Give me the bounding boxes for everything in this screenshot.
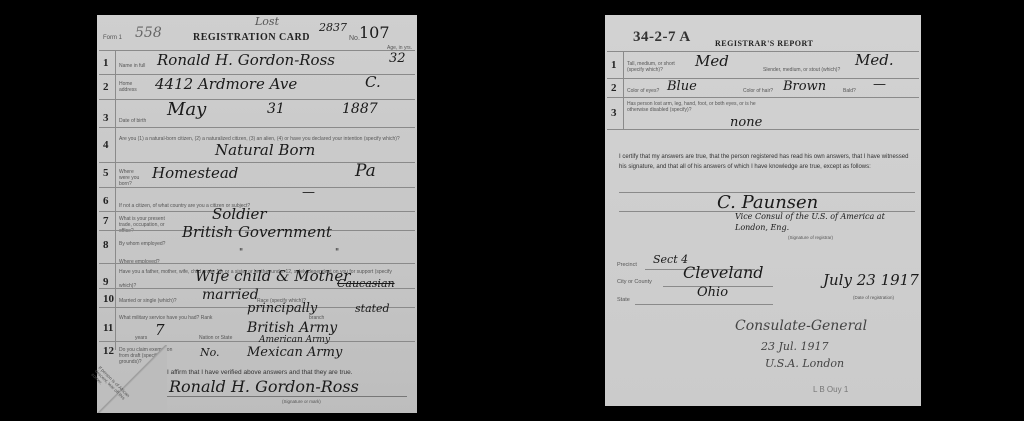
stamp-number: 34-2-7 A	[633, 29, 691, 46]
registrar-title: Vice Consul of the U.S. of America at Lo…	[735, 211, 895, 233]
field-number: 5	[103, 167, 109, 179]
applicant-signature: Ronald H. Gordon-Ross	[169, 377, 359, 396]
military-years-value: 7	[155, 321, 165, 339]
signature-label: (Signature or mark)	[282, 399, 321, 404]
build-value: Med.	[855, 51, 894, 69]
rule	[635, 304, 773, 305]
foreign-citizen-value: —	[302, 185, 315, 200]
rule	[99, 99, 415, 100]
number-column-rule	[623, 51, 624, 129]
field-number: 8	[103, 239, 109, 251]
rule	[99, 187, 415, 188]
field-number: 3	[611, 107, 617, 119]
field-number: 1	[103, 57, 109, 69]
employer-label: By whom employed?	[119, 241, 165, 247]
state-value: Ohio	[697, 285, 728, 300]
employment-place-ditto-2: "	[335, 248, 339, 258]
eye-color-label: Color of eyes?	[627, 88, 659, 94]
build-label: Slender, medium, or stout (which)?	[763, 67, 840, 73]
date-label: (Date of registration)	[853, 295, 894, 300]
field-number: 11	[103, 322, 113, 334]
name-value: Ronald H. Gordon-Ross	[157, 51, 335, 69]
consulate-note-line-3: U.S.A. London	[765, 357, 844, 370]
home-address-value: 4412 Ardmore Ave	[155, 75, 297, 93]
field-number: 2	[103, 81, 109, 93]
birthplace-label: Where were you born?	[119, 169, 143, 187]
hair-color-label: Color of hair?	[743, 88, 773, 94]
occupation-label: What is your present trade, occupation, …	[119, 216, 179, 234]
birthplace-state: Pa	[355, 161, 376, 181]
certification-text: I certify that my answers are true, that…	[619, 152, 914, 172]
race-value: Caucasian	[337, 277, 395, 290]
age-value: 32	[389, 51, 406, 66]
home-address-city: C.	[365, 73, 381, 91]
card-title: REGISTRATION CARD	[193, 32, 310, 43]
birthplace-town: Homestead	[152, 164, 238, 182]
serial-number: 2837	[319, 21, 347, 34]
dob-label: Date of birth	[119, 118, 146, 124]
field-number: 10	[103, 293, 114, 305]
dob-month: May	[167, 99, 206, 120]
field-number: 6	[103, 195, 109, 207]
bald-value: —	[873, 77, 886, 92]
registrars-report-card: 34-2-7 A REGISTRAR'S REPORT 1 Tall, medi…	[605, 15, 921, 406]
marital-status-label: Married or single (which)?	[119, 298, 177, 304]
field-number: 9	[103, 276, 109, 288]
dob-day: 31	[267, 101, 285, 117]
card-number: 107	[359, 23, 390, 42]
military-branch-value: stated	[355, 302, 390, 315]
employer-value: British Government	[182, 223, 332, 241]
registrar-label: (Signature of registrar)	[788, 235, 833, 240]
height-label: Tall, medium, or short (specify which)?	[627, 61, 689, 73]
consulate-note-line-1: Consulate-General	[735, 318, 867, 334]
rule	[99, 127, 415, 128]
military-rank-value: principally	[247, 301, 317, 316]
field-number: 4	[103, 139, 109, 151]
city-value: Cleveland	[683, 263, 764, 282]
height-value: Med	[695, 52, 729, 70]
exemption-note-american-army: American Army	[259, 335, 330, 345]
name-label: Name in full	[119, 63, 145, 69]
bald-label: Bald?	[843, 88, 856, 94]
serial-top-note: Lost	[255, 15, 279, 28]
affirmation-text: I affirm that I have verified above answ…	[167, 369, 353, 376]
registration-date: July 23 1917	[823, 271, 919, 289]
signature-rule	[167, 396, 407, 397]
employment-place-ditto: "	[239, 248, 243, 258]
field-number: 1	[611, 59, 617, 71]
field-number: 7	[103, 215, 109, 227]
exemption-note-mexican-army: Mexican Army	[247, 345, 342, 360]
eye-color-value: Blue	[667, 79, 697, 94]
citizenship-value: Natural Born	[215, 141, 315, 159]
rule	[607, 97, 919, 98]
military-rank-label: What military service have you had? Rank	[119, 315, 212, 321]
disability-value: none	[730, 115, 762, 130]
registrar-signature: C. Paunsen	[717, 192, 818, 213]
rule	[607, 129, 919, 130]
city-label: City or County	[617, 279, 652, 285]
form-number: 558	[135, 25, 162, 41]
field-number: 3	[103, 112, 109, 124]
registration-card: Form 1 558 Lost REGISTRATION CARD 2837 N…	[97, 15, 417, 413]
field-number: 2	[611, 82, 617, 94]
number-column-rule	[115, 50, 116, 350]
consulate-note-line-2: 23 Jul. 1917	[761, 340, 829, 353]
home-address-label: Home address	[119, 81, 147, 93]
report-title: REGISTRAR'S REPORT	[715, 39, 813, 48]
bottom-stamp: L B Ouy 1	[813, 385, 848, 394]
disability-label: Has person lost arm, leg, hand, foot, or…	[627, 101, 757, 113]
occupation-value: Soldier	[212, 205, 267, 223]
rule	[99, 263, 415, 264]
dependents-value: Wife child & Mother	[195, 267, 350, 285]
precinct-label: Precinct	[617, 262, 637, 268]
exemption-value: No.	[200, 346, 220, 359]
state-label: State	[617, 297, 630, 303]
dob-year: 1887	[342, 101, 378, 117]
form-label: Form 1	[103, 35, 122, 41]
military-nation-value: British Army	[247, 320, 337, 336]
rule	[99, 341, 415, 342]
hair-color-value: Brown	[783, 79, 826, 94]
